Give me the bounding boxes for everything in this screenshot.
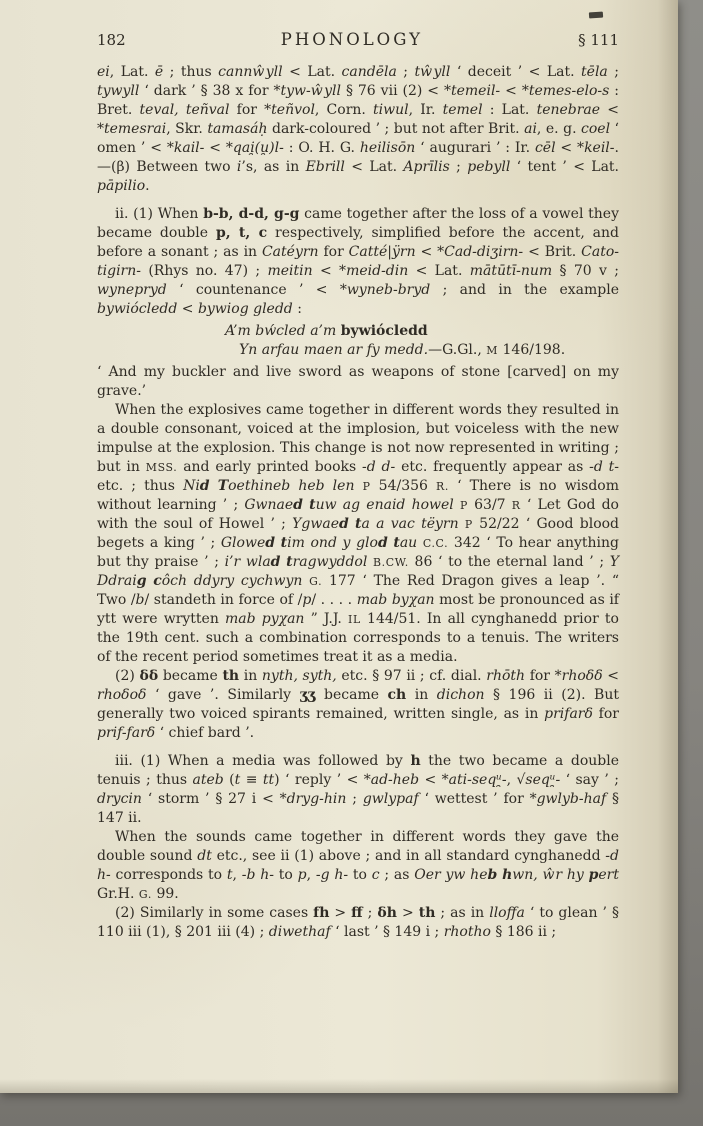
text-segment: IL bbox=[348, 613, 361, 626]
text-segment: , bbox=[233, 867, 242, 883]
text-segment: and early printed books bbox=[177, 459, 362, 475]
text-segment: < * bbox=[419, 772, 449, 788]
text-segment: P bbox=[460, 499, 468, 512]
text-segment: G. bbox=[139, 888, 152, 901]
text-segment: gwlyb-haf bbox=[537, 791, 607, 807]
text-segment: p bbox=[298, 867, 307, 883]
text-segment: prifarδ bbox=[544, 706, 593, 722]
text-segment: ‘ dark ’ § 38 x for * bbox=[139, 83, 280, 99]
text-segment: R bbox=[512, 499, 521, 512]
text-segment: / standeth in force of / bbox=[145, 592, 303, 608]
paragraph-ii-2: (2) δδ became th in nyth, syth, etc. § 9… bbox=[97, 667, 619, 743]
text-segment: ff bbox=[351, 905, 363, 921]
paragraph-ii-1: ii. (1) When b-b, d-d, g-g came together… bbox=[97, 205, 619, 319]
text-segment: , Ir. bbox=[409, 102, 443, 118]
text-segment: ; as bbox=[380, 867, 415, 883]
text-segment: 54/356 bbox=[371, 478, 436, 494]
text-segment: c bbox=[153, 573, 162, 589]
text-segment: bywiócledd bbox=[97, 301, 177, 317]
text-segment: M bbox=[486, 344, 498, 357]
text-segment: temes-elo-s bbox=[529, 83, 610, 99]
text-segment: G. bbox=[309, 575, 322, 588]
text-segment: < Lat. bbox=[345, 159, 404, 175]
text-segment: ‘ deceit ’ < Lat. bbox=[450, 64, 581, 80]
text-segment: bywiócledd bbox=[341, 323, 428, 339]
text-segment: rhoδoδ bbox=[97, 687, 146, 703]
text-segment: δδ bbox=[139, 668, 158, 684]
text-segment: p bbox=[589, 867, 599, 883]
text-segment: B.CW. bbox=[373, 556, 409, 569]
text-segment: temeil- bbox=[451, 83, 500, 99]
text-segment: tyw-ŵyll bbox=[280, 83, 341, 99]
text-segment: T bbox=[218, 478, 228, 494]
text-segment: § 76 vii (2) < * bbox=[341, 83, 451, 99]
text-segment: < bbox=[603, 668, 619, 684]
text-segment: ‘ And my buckler and live sword as weapo… bbox=[97, 364, 619, 399]
text-segment: b bbox=[136, 592, 145, 608]
text-segment: wn, ŵr hy bbox=[512, 867, 588, 883]
text-segment: Catté|ÿrn bbox=[349, 244, 416, 260]
text-segment: wyneb-bryd bbox=[347, 282, 430, 298]
text-segment: R. bbox=[436, 480, 449, 493]
text-segment: ; bbox=[450, 159, 467, 175]
text-segment: P bbox=[465, 518, 473, 531]
section-number: § 111 bbox=[578, 31, 619, 50]
text-segment: au bbox=[400, 535, 417, 551]
text-segment: ch bbox=[388, 687, 407, 703]
text-segment: ai bbox=[524, 121, 537, 137]
text-segment: Gr.H. bbox=[97, 886, 139, 902]
text-segment: < bbox=[177, 301, 198, 317]
paragraph-explosives: When the explosives came together in dif… bbox=[97, 401, 619, 667]
text-segment: dichon bbox=[437, 687, 485, 703]
text-segment: uw ag enaid howel bbox=[316, 497, 454, 513]
text-segment: gwlypaf bbox=[363, 791, 419, 807]
text-segment: for * bbox=[229, 102, 271, 118]
text-segment: < * bbox=[313, 263, 346, 279]
verse-line-1: A’m bẃcled a’m bywiócledd bbox=[225, 322, 619, 341]
text-segment: —G.Gl., bbox=[428, 342, 486, 358]
text-segment: rhōth bbox=[486, 668, 525, 684]
text-segment: d bbox=[265, 535, 275, 551]
paragraph-translation: ‘ And my buckler and live sword as weapo… bbox=[97, 363, 619, 401]
text-segment: ’s, as in bbox=[241, 159, 305, 175]
text-segment: tŵyll bbox=[414, 64, 450, 80]
text-segment: < * bbox=[556, 140, 585, 156]
text-segment: coel bbox=[581, 121, 610, 137]
text-segment: ‘ wettest ’ for * bbox=[419, 791, 537, 807]
text-segment: C.C. bbox=[423, 537, 448, 550]
book-page: 182 PHONOLOGY § 111 ei, Lat. ē ; thus ca… bbox=[0, 0, 678, 1093]
text-segment: : O. H. G. bbox=[284, 140, 360, 156]
text-segment: for bbox=[593, 706, 619, 722]
text-segment bbox=[210, 478, 218, 494]
text-segment: became bbox=[316, 687, 388, 703]
text-segment: MSS. bbox=[146, 461, 178, 474]
text-segment: tywyll bbox=[97, 83, 139, 99]
text-segment: -d t- bbox=[589, 459, 619, 475]
text-segment: ert bbox=[598, 867, 619, 883]
text-segment: etc. ; thus bbox=[97, 478, 183, 494]
text-segment: ē bbox=[155, 64, 163, 80]
text-segment: teñvol bbox=[271, 102, 315, 118]
text-segment: ei bbox=[97, 64, 110, 80]
text-segment: ateb bbox=[192, 772, 223, 788]
text-segment: d bbox=[378, 535, 388, 551]
text-segment: rhoδδ bbox=[562, 668, 603, 684]
text-segment: rhotho bbox=[444, 924, 491, 940]
text-segment: 63/7 bbox=[468, 497, 512, 513]
text-segment: Ni bbox=[183, 478, 200, 494]
text-segment: , e. g. bbox=[537, 121, 581, 137]
text-segment: d bbox=[200, 478, 210, 494]
text-segment: Aprīlis bbox=[403, 159, 449, 175]
text-segment: temesrai bbox=[104, 121, 166, 137]
text-segment: Catéyrn bbox=[262, 244, 319, 260]
text-segment: ” J.J. bbox=[304, 611, 348, 627]
text-segment: in bbox=[406, 687, 437, 703]
text-segment: iii. (1) When a media was followed by bbox=[115, 753, 410, 769]
text-segment: ‘ augurari ’ : Ir. bbox=[415, 140, 535, 156]
text-segment: tamasáḥ bbox=[207, 121, 267, 137]
text-segment: mātūtī-num bbox=[470, 263, 552, 279]
text-segment: d bbox=[293, 497, 303, 513]
text-segment: mab pyχan bbox=[225, 611, 304, 627]
text-segment: A’m bẃcled a’m bbox=[225, 323, 341, 339]
text-segment: ; bbox=[608, 64, 619, 80]
text-segment: i’r wla bbox=[225, 554, 271, 570]
text-segment: tēla bbox=[581, 64, 608, 80]
page-number: 182 bbox=[97, 31, 126, 50]
text-segment: drycin bbox=[97, 791, 142, 807]
text-segment: ; as in bbox=[435, 905, 489, 921]
text-segment: temel bbox=[443, 102, 483, 118]
text-segment bbox=[354, 478, 362, 494]
text-segment: g bbox=[137, 573, 147, 589]
text-segment: ; bbox=[397, 64, 415, 80]
text-segment: ; bbox=[346, 791, 362, 807]
text-segment: (2) bbox=[115, 668, 139, 684]
text-segment: tiwul bbox=[373, 102, 409, 118]
text-segment: ≡ bbox=[240, 772, 263, 788]
text-segment: dt bbox=[197, 848, 212, 864]
text-segment: (Rhys no. 47) ; bbox=[141, 263, 267, 279]
text-segment: § 186 ii ; bbox=[491, 924, 556, 940]
text-segment: Glowe bbox=[221, 535, 265, 551]
text-segment: ‘ gave ’. Similarly bbox=[146, 687, 299, 703]
text-segment: dryg-hin bbox=[287, 791, 347, 807]
text-segment: corresponds to bbox=[111, 867, 227, 883]
text-segment: ragwyddol bbox=[293, 554, 368, 570]
text-segment: to bbox=[348, 867, 372, 883]
text-segment: etc. frequently appear as bbox=[395, 459, 589, 475]
text-segment: ad-heb bbox=[371, 772, 419, 788]
paragraph-iii-1: iii. (1) When a media was followed by h … bbox=[97, 752, 619, 828]
text-segment: ; and in the example bbox=[430, 282, 619, 298]
text-segment: P bbox=[363, 480, 371, 493]
text-segment: h bbox=[410, 753, 420, 769]
text-segment: lloffa bbox=[489, 905, 525, 921]
text-segment: > bbox=[397, 905, 419, 921]
text-segment: ‘ last ’ § 149 i ; bbox=[331, 924, 444, 940]
text-segment: kail- bbox=[174, 140, 205, 156]
text-segment: diwethaf bbox=[269, 924, 331, 940]
text-segment: tt bbox=[263, 772, 274, 788]
text-segment: qai̯(u̯)l- bbox=[233, 140, 284, 156]
text-segment: ii. (1) When bbox=[115, 206, 203, 222]
text-segment: 99. bbox=[152, 886, 179, 902]
text-segment: b-b, d-d, g-g bbox=[203, 206, 299, 222]
text-segment: 86 ‘ to the eternal land ’ ; bbox=[409, 554, 610, 570]
text-segment: : Lat. bbox=[483, 102, 537, 118]
text-segment: p, t, c bbox=[216, 225, 267, 241]
text-segment: , Skr. bbox=[166, 121, 207, 137]
text-segment: heilisōn bbox=[360, 140, 415, 156]
text-segment: for bbox=[319, 244, 349, 260]
text-segment: dark-coloured ’ ; but not after Brit. bbox=[267, 121, 524, 137]
text-segment: keil- bbox=[584, 140, 614, 156]
text-segment: ‘ tent ’ < Lat. bbox=[510, 159, 619, 175]
text-segment: Ygwae bbox=[292, 516, 339, 532]
scan-artifact-mark bbox=[589, 12, 603, 19]
text-segment: mab byχan bbox=[357, 592, 435, 608]
text-segment: bywiog gledd bbox=[198, 301, 293, 317]
text-segment: fh bbox=[313, 905, 329, 921]
text-segment: § 70 v ; bbox=[552, 263, 619, 279]
text-segment: b bbox=[488, 867, 498, 883]
verse-quotation: A’m bẃcled a’m bywiócledd Yn arfau maen … bbox=[225, 322, 619, 360]
text-segment: ) ‘ reply ’ < * bbox=[274, 772, 371, 788]
text-segment: 146/198. bbox=[498, 342, 565, 358]
text-segment: tenebrae bbox=[537, 102, 601, 118]
text-segment: , Corn. bbox=[315, 102, 373, 118]
text-segment: -g h- bbox=[316, 867, 348, 883]
text-segment: Ebrill bbox=[306, 159, 345, 175]
text-segment: h bbox=[502, 867, 512, 883]
text-segment: candēla bbox=[342, 64, 397, 80]
text-segment: prif-farδ bbox=[97, 725, 155, 741]
text-segment: δh bbox=[377, 905, 397, 921]
text-segment: pāpilio bbox=[97, 178, 145, 194]
text-segment: in bbox=[239, 668, 262, 684]
text-segment: < Lat. bbox=[408, 263, 469, 279]
text-segment: ( bbox=[224, 772, 235, 788]
text-segment: Yn arfau maen ar fy medd. bbox=[239, 342, 428, 358]
text-segment: ʒʒ bbox=[300, 687, 316, 703]
page-title: PHONOLOGY bbox=[126, 30, 578, 49]
text-segment: nyth, syth, bbox=[262, 668, 337, 684]
text-segment: ‘ storm ’ § 27 i < * bbox=[142, 791, 287, 807]
text-segment: ôch ddyry cychwyn bbox=[162, 573, 303, 589]
text-segment: . bbox=[145, 178, 149, 194]
verse-line-2: Yn arfau maen ar fy medd.—G.Gl., M 146/1… bbox=[239, 341, 619, 360]
text-segment: < * bbox=[204, 140, 233, 156]
text-segment: d bbox=[339, 516, 349, 532]
paragraph-iii-2: (2) Similarly in some cases fh > ff ; δh… bbox=[97, 904, 619, 942]
text-segment: ; thus bbox=[163, 64, 218, 80]
text-segment: etc. § 97 ii ; cf. dial. bbox=[337, 668, 487, 684]
text-segment: c bbox=[372, 867, 380, 883]
text-segment: teval, teñval bbox=[140, 102, 230, 118]
text-segment: wynepryd bbox=[97, 282, 167, 298]
text-segment: became bbox=[158, 668, 222, 684]
text-segment: cannŵyll bbox=[218, 64, 282, 80]
text-segment: seqᵘ̯- bbox=[525, 772, 560, 788]
text-segment: < Lat. bbox=[283, 64, 342, 80]
text-segment: to bbox=[274, 867, 298, 883]
text-segment: , Lat. bbox=[110, 64, 155, 80]
text-segment: d bbox=[271, 554, 281, 570]
text-segment: meid-din bbox=[346, 263, 408, 279]
text-segment: cēl bbox=[535, 140, 556, 156]
text-segment: : bbox=[293, 301, 302, 317]
text-segment: th bbox=[419, 905, 436, 921]
text-segment: ‘ say ’ ; bbox=[560, 772, 619, 788]
text-segment: Oer yw he bbox=[414, 867, 487, 883]
text-segment: etc., see ii (1) above ; and in all stan… bbox=[212, 848, 605, 864]
text-segment: meitin bbox=[267, 263, 312, 279]
text-segment: / . . . . bbox=[311, 592, 356, 608]
text-segment: < * bbox=[500, 83, 529, 99]
text-segment: , bbox=[307, 867, 316, 883]
text-segment: > bbox=[329, 905, 351, 921]
text-segment: ; bbox=[363, 905, 378, 921]
text-segment: th bbox=[222, 668, 239, 684]
running-header: 182 PHONOLOGY § 111 bbox=[97, 30, 619, 50]
page-content: 182 PHONOLOGY § 111 ei, Lat. ē ; thus ca… bbox=[97, 30, 619, 942]
text-segment: ‘ countenance ’ < * bbox=[167, 282, 347, 298]
text-segment: Cad-diʒirn- bbox=[444, 244, 523, 260]
text-segment: im ond y glo bbox=[287, 535, 378, 551]
text-segment: < Brit. bbox=[523, 244, 581, 260]
text-segment: Gwnae bbox=[244, 497, 293, 513]
text-segment: a a vac tëyrn bbox=[362, 516, 459, 532]
text-segment: ‘ chief bard ’. bbox=[155, 725, 254, 741]
text-segment: p bbox=[302, 592, 311, 608]
text-segment: ati-seqᵘ̯- bbox=[449, 772, 507, 788]
text-segment: -d d- bbox=[362, 459, 395, 475]
text-segment: for * bbox=[525, 668, 562, 684]
text-segment: -b h- bbox=[242, 867, 274, 883]
text-segment: oethineb heb len bbox=[228, 478, 354, 494]
text-segment: pebyll bbox=[467, 159, 510, 175]
paragraph-continuation: ei, Lat. ē ; thus cannŵyll < Lat. candēl… bbox=[97, 63, 619, 196]
paragraph-sounds: When the sounds came together in differe… bbox=[97, 828, 619, 904]
text-segment: < * bbox=[416, 244, 445, 260]
text-segment: (2) Similarly in some cases bbox=[115, 905, 313, 921]
text-segment: , √ bbox=[507, 772, 526, 788]
